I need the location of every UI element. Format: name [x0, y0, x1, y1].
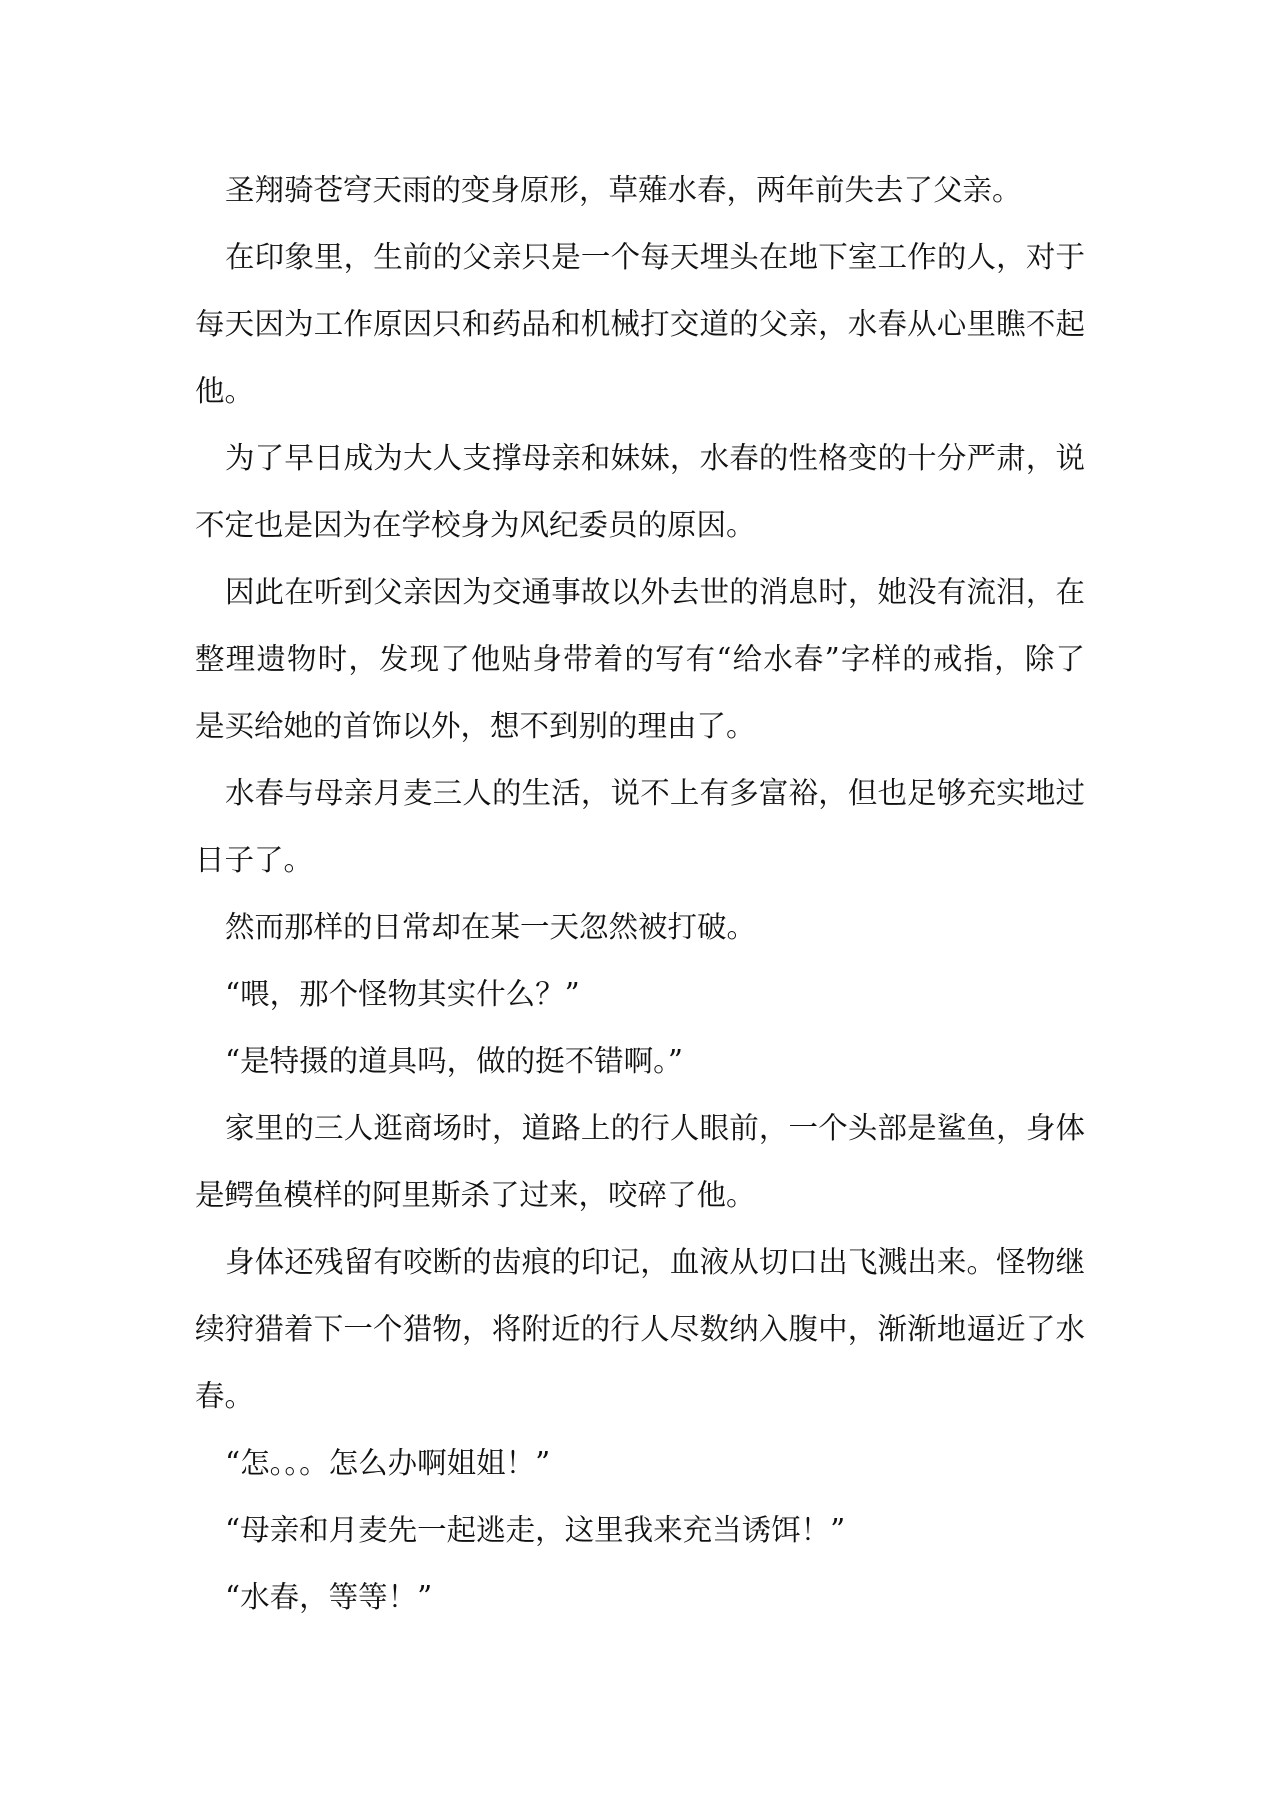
text-line: 每天因为工作原因只和药品和机械打交道的父亲，水春从心里瞧不起	[195, 291, 1085, 358]
paragraph: 水春与母亲月麦三人的生活，说不上有多富裕，但也足够充实地过 日子了。	[195, 760, 1095, 894]
paragraph: 然而那样的日常却在某一天忽然被打破。	[195, 894, 1095, 961]
document-page: 圣翔骑苍穹天雨的变身原形，草薙水春，两年前失去了父亲。 在印象里，生前的父亲只是…	[0, 0, 1280, 1810]
paragraph: “水春，等等！”	[195, 1564, 1095, 1631]
body-text: 圣翔骑苍穹天雨的变身原形，草薙水春，两年前失去了父亲。 在印象里，生前的父亲只是…	[195, 157, 1095, 1631]
paragraph: 家里的三人逛商场时，道路上的行人眼前，一个头部是鲨鱼，身体 是鳄鱼模样的阿里斯杀…	[195, 1095, 1095, 1229]
paragraph: “是特摄的道具吗，做的挺不错啊。”	[195, 1028, 1095, 1095]
paragraph: 为了早日成为大人支撑母亲和妹妹，水春的性格变的十分严肃，说 不定也是因为在学校身…	[195, 425, 1095, 559]
paragraph: 在印象里，生前的父亲只是一个每天埋头在地下室工作的人，对于 每天因为工作原因只和…	[195, 224, 1095, 425]
text-line: 春。	[195, 1363, 1085, 1430]
dialogue-line: “喂，那个怪物其实什么？”	[195, 961, 1085, 1028]
text-line: 日子了。	[195, 827, 1085, 894]
text-line: 在印象里，生前的父亲只是一个每天埋头在地下室工作的人，对于	[195, 224, 1085, 291]
text-line: 他。	[195, 358, 1085, 425]
dialogue-line: “水春，等等！”	[195, 1564, 1085, 1631]
dialogue-line: “怎。。。怎么办啊姐姐！”	[195, 1430, 1085, 1497]
text-line: 不定也是因为在学校身为风纪委员的原因。	[195, 492, 1085, 559]
text-line: 家里的三人逛商场时，道路上的行人眼前，一个头部是鲨鱼，身体	[195, 1095, 1085, 1162]
paragraph: “母亲和月麦先一起逃走，这里我来充当诱饵！”	[195, 1497, 1095, 1564]
paragraph: “怎。。。怎么办啊姐姐！”	[195, 1430, 1095, 1497]
text-line: 是买给她的首饰以外，想不到别的理由了。	[195, 693, 1085, 760]
dialogue-line: “母亲和月麦先一起逃走，这里我来充当诱饵！”	[195, 1497, 1085, 1564]
paragraph: “喂，那个怪物其实什么？”	[195, 961, 1095, 1028]
paragraph: 因此在听到父亲因为交通事故以外去世的消息时，她没有流泪，在 整理遗物时，发现了他…	[195, 559, 1095, 760]
dialogue-line: “是特摄的道具吗，做的挺不错啊。”	[195, 1028, 1085, 1095]
text-line: 是鳄鱼模样的阿里斯杀了过来，咬碎了他。	[195, 1162, 1085, 1229]
paragraph: 身体还残留有咬断的齿痕的印记，血液从切口出飞溅出来。怪物继 续狩猎着下一个猎物，…	[195, 1229, 1095, 1430]
text-line: 续狩猎着下一个猎物，将附近的行人尽数纳入腹中，渐渐地逼近了水	[195, 1296, 1085, 1363]
text-line: 身体还残留有咬断的齿痕的印记，血液从切口出飞溅出来。怪物继	[195, 1229, 1085, 1296]
text-line: 因此在听到父亲因为交通事故以外去世的消息时，她没有流泪，在	[195, 559, 1085, 626]
text-line: 为了早日成为大人支撑母亲和妹妹，水春的性格变的十分严肃，说	[195, 425, 1085, 492]
paragraph: 圣翔骑苍穹天雨的变身原形，草薙水春，两年前失去了父亲。	[195, 157, 1095, 224]
text-line: 圣翔骑苍穹天雨的变身原形，草薙水春，两年前失去了父亲。	[195, 157, 1085, 224]
text-line: 然而那样的日常却在某一天忽然被打破。	[195, 894, 1085, 961]
text-line: 整理遗物时，发现了他贴身带着的写有“给水春”字样的戒指，除了	[195, 626, 1085, 693]
text-line: 水春与母亲月麦三人的生活，说不上有多富裕，但也足够充实地过	[195, 760, 1085, 827]
